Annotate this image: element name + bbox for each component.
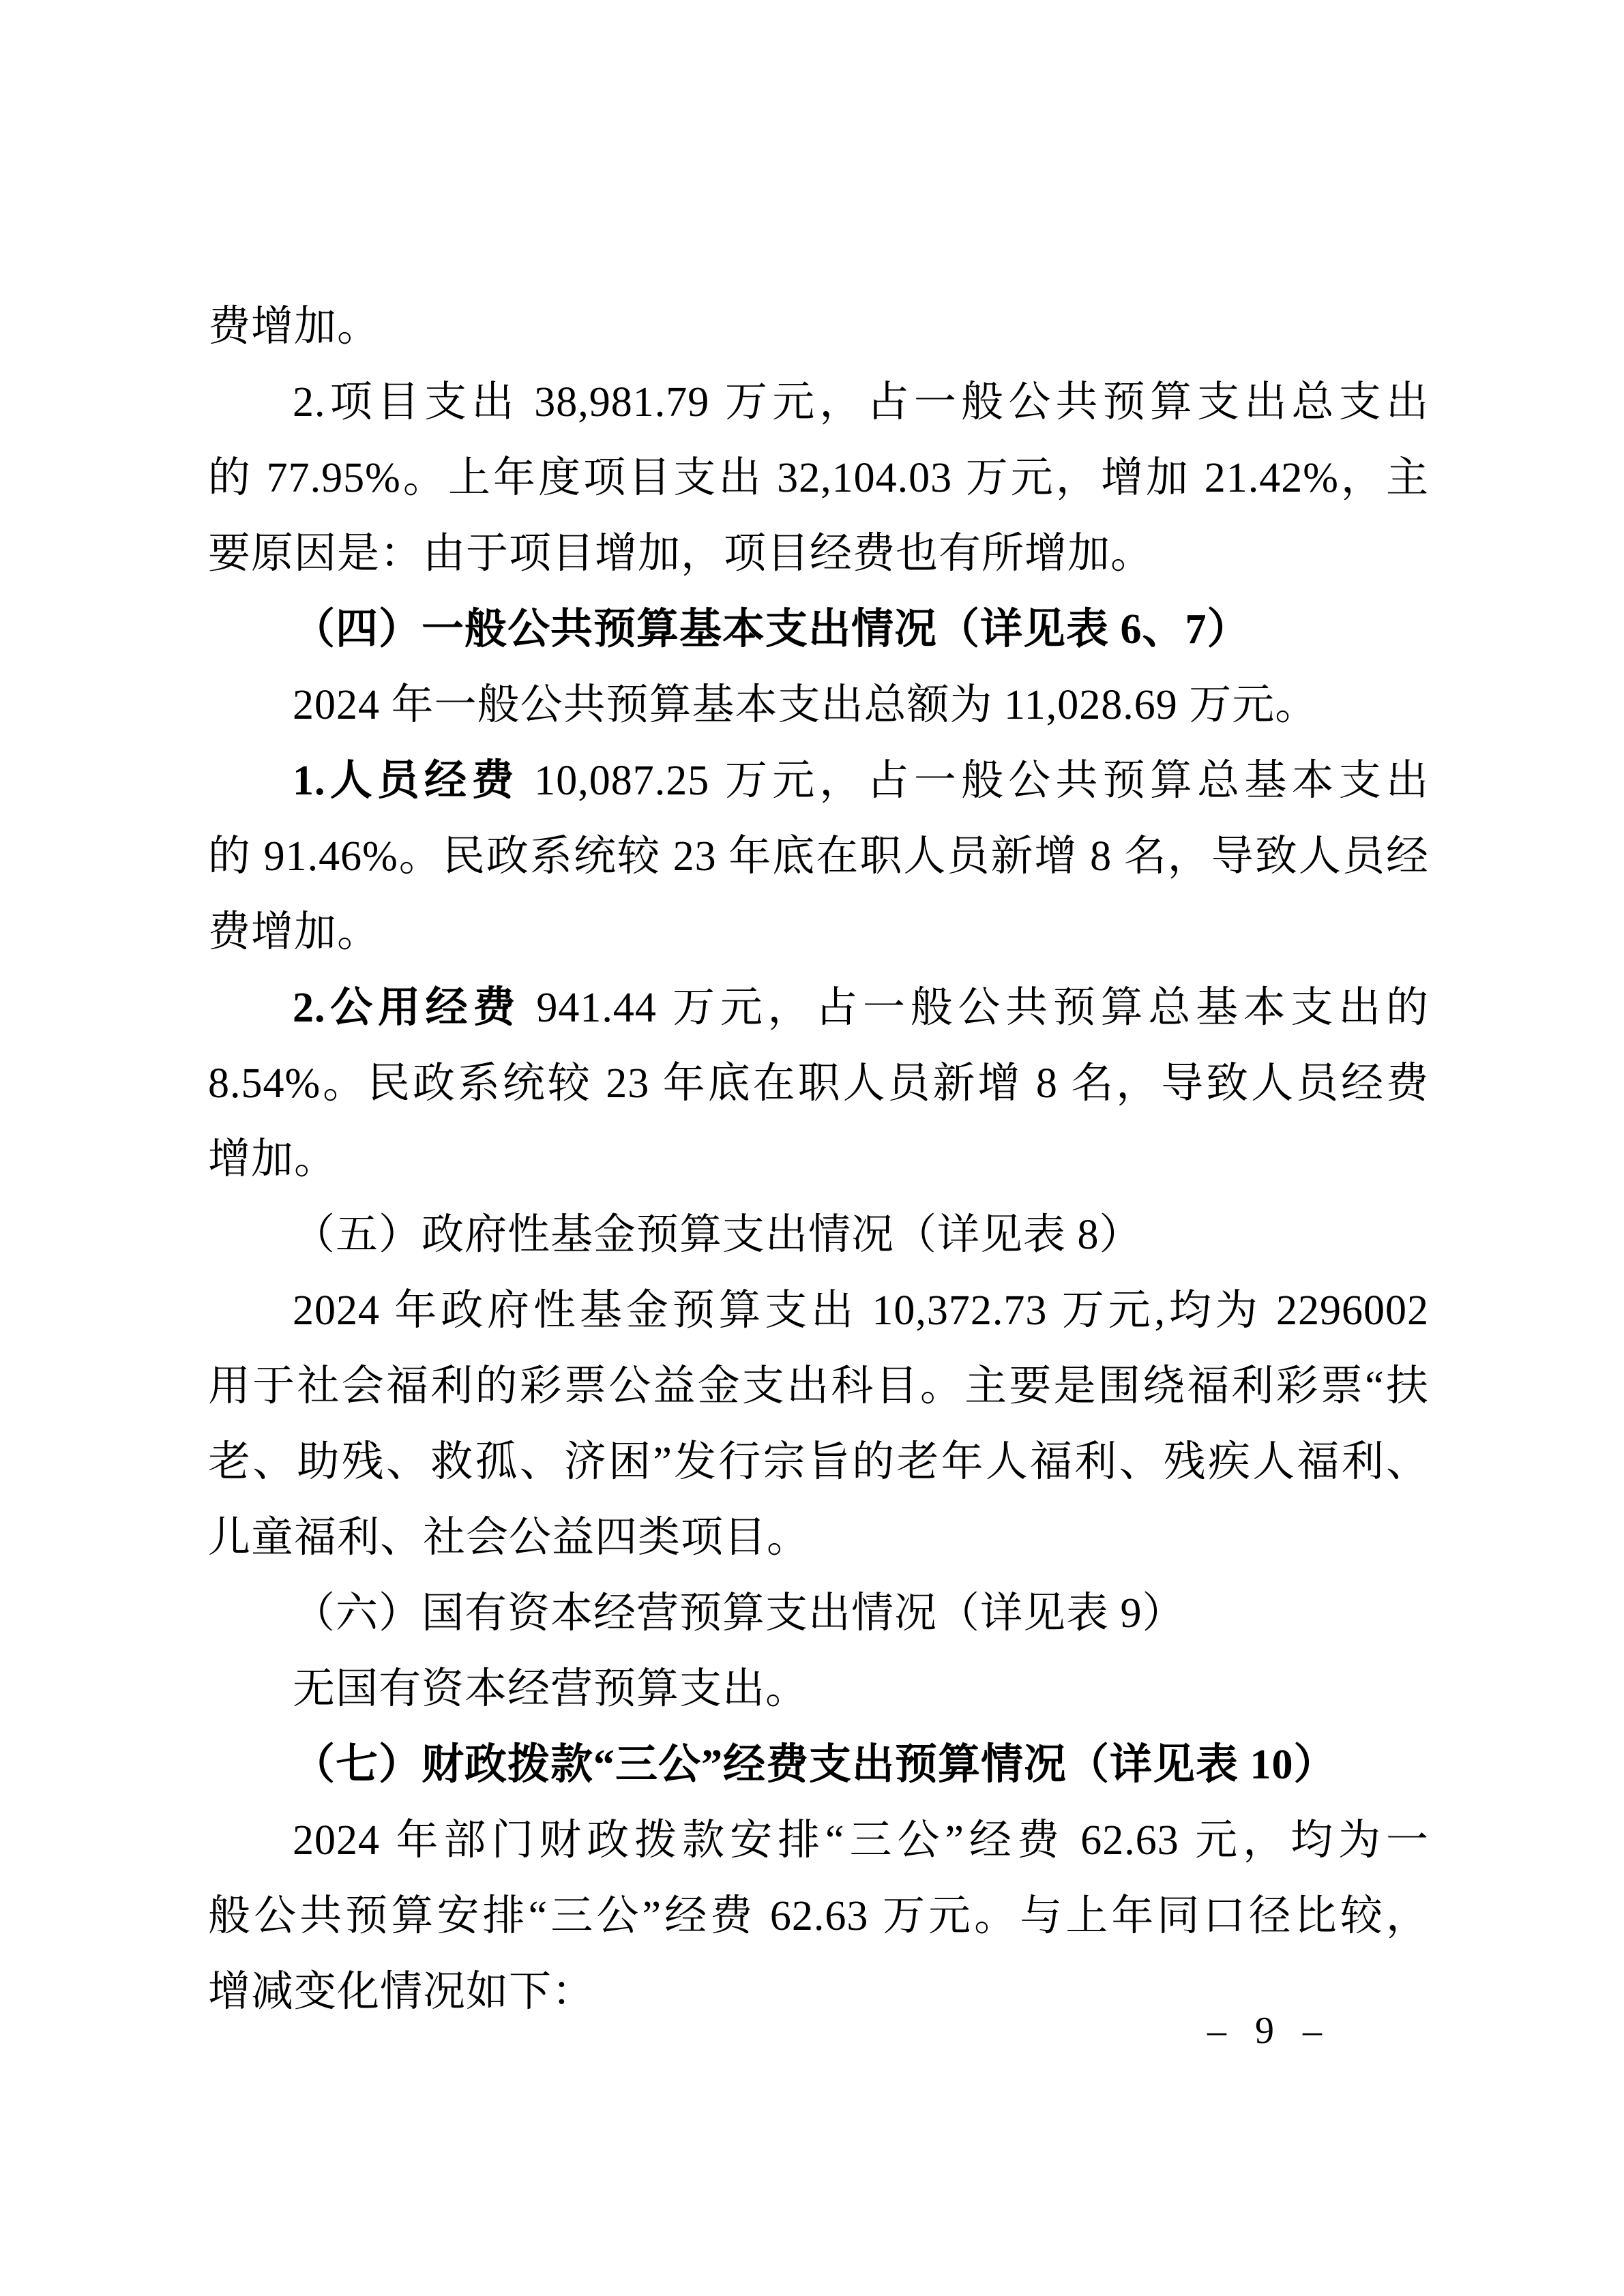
- text-line: 用于社会福利的彩票公益金支出科目。主要是围绕福利彩票“扶: [208, 1349, 1429, 1425]
- text-run: 般公共预算安排“三公”经费 62.63 万元。与上年同口径比较，: [208, 1893, 1429, 1939]
- text-run: 费增加。: [208, 909, 380, 955]
- text-run: 10,087.25 万元，占一般公共预算总基本支出: [519, 758, 1429, 804]
- text-line: 1.人员经费 10,087.25 万元，占一般公共预算总基本支出: [208, 743, 1429, 819]
- text-line: 儿童福利、社会公益四类项目。: [208, 1500, 1429, 1576]
- text-line: 2024 年一般公共预算基本支出总额为 11,028.69 万元。: [208, 668, 1429, 743]
- page-number: – 9 –: [1207, 2010, 1331, 2051]
- section-heading-6: （六）国有资本经营预算支出情况（详见表 9）: [208, 1576, 1429, 1652]
- document-page: 费增加。 2.项目支出 38,981.79 万元，占一般公共预算支出总支出 的 …: [0, 0, 1624, 2296]
- text-line: 费增加。: [208, 895, 1429, 970]
- bold-run: 2.公用经费: [293, 985, 520, 1031]
- text-line: 增加。: [208, 1122, 1429, 1197]
- bold-run: （七）财政拨款“三公”经费支出预算情况（详见表 10）: [293, 1742, 1337, 1788]
- section-heading-4: （四）一般公共预算基本支出情况（详见表 6、7）: [208, 592, 1429, 668]
- text-line: 费增加。: [208, 289, 1429, 365]
- text-run: 的 77.95%。上年度项目支出 32,104.03 万元，增加 21.42%，…: [208, 455, 1429, 501]
- text-run: 2.项目支出 38,981.79 万元，占一般公共预算支出总支出: [293, 379, 1429, 426]
- text-line: 2024 年部门财政拨款安排“三公”经费 62.63 元，均为一: [208, 1803, 1429, 1879]
- text-line: 2024 年政府性基金预算支出 10,372.73 万元,均为 2296002: [208, 1273, 1429, 1349]
- text-run: （六）国有资本经营预算支出情况（详见表 9）: [293, 1590, 1185, 1637]
- text-run: 要原因是：由于项目增加，项目经费也有所增加。: [208, 531, 1153, 577]
- text-run: 增减变化情况如下：: [208, 1969, 595, 2015]
- text-run: 老、助残、救孤、济困”发行宗旨的老年人福利、残疾人福利、: [208, 1439, 1429, 1485]
- text-run: 费增加。: [208, 303, 380, 350]
- text-line: 无国有资本经营预算支出。: [208, 1652, 1429, 1727]
- text-line: 的 77.95%。上年度项目支出 32,104.03 万元，增加 21.42%，…: [208, 441, 1429, 516]
- text-run: 2024 年政府性基金预算支出 10,372.73 万元,均为 2296002: [293, 1287, 1429, 1334]
- text-line: 般公共预算安排“三公”经费 62.63 万元。与上年同口径比较，: [208, 1879, 1429, 1954]
- text-run: 2024 年一般公共预算基本支出总额为 11,028.69 万元。: [293, 682, 1318, 728]
- text-line: 的 91.46%。民政系统较 23 年底在职人员新增 8 名，导致人员经: [208, 819, 1429, 895]
- text-run: 8.54%。民政系统较 23 年底在职人员新增 8 名，导致人员经费: [208, 1060, 1429, 1107]
- bold-run: 1.人员经费: [293, 758, 519, 804]
- section-heading-7: （七）财政拨款“三公”经费支出预算情况（详见表 10）: [208, 1727, 1429, 1803]
- text-run: 的 91.46%。民政系统较 23 年底在职人员新增 8 名，导致人员经: [208, 833, 1429, 880]
- text-line: 2.公用经费 941.44 万元，占一般公共预算总基本支出的: [208, 970, 1429, 1046]
- bold-run: （四）一般公共预算基本支出情况（详见表 6、7）: [293, 606, 1250, 653]
- text-run: 2024 年部门财政拨款安排“三公”经费 62.63 元，均为一: [293, 1817, 1429, 1864]
- text-run: 无国有资本经营预算支出。: [293, 1666, 808, 1712]
- text-line: 老、助残、救孤、济困”发行宗旨的老年人福利、残疾人福利、: [208, 1425, 1429, 1500]
- text-run: （五）政府性基金预算支出情况（详见表 8）: [293, 1212, 1142, 1258]
- text-line: 2.项目支出 38,981.79 万元，占一般公共预算支出总支出: [208, 365, 1429, 441]
- text-run: 用于社会福利的彩票公益金支出科目。主要是围绕福利彩票“扶: [208, 1363, 1429, 1410]
- section-heading-5: （五）政府性基金预算支出情况（详见表 8）: [208, 1197, 1429, 1273]
- text-line: 要原因是：由于项目增加，项目经费也有所增加。: [208, 516, 1429, 592]
- text-run: 941.44 万元，占一般公共预算总基本支出的: [520, 985, 1429, 1031]
- text-run: 增加。: [208, 1136, 337, 1182]
- document-body: 费增加。 2.项目支出 38,981.79 万元，占一般公共预算支出总支出 的 …: [208, 289, 1429, 2030]
- text-line: 8.54%。民政系统较 23 年底在职人员新增 8 名，导致人员经费: [208, 1046, 1429, 1122]
- text-run: 儿童福利、社会公益四类项目。: [208, 1515, 810, 1561]
